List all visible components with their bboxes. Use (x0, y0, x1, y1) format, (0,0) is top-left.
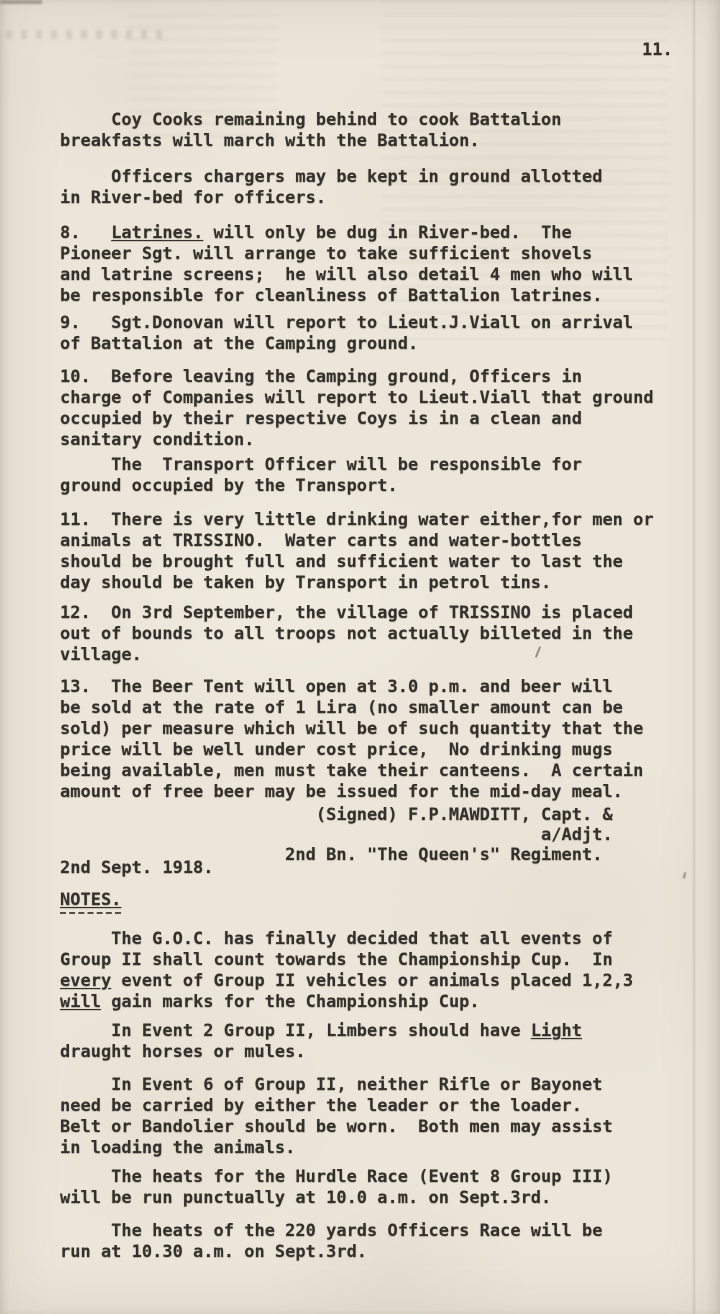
para-officers-chargers: Officers chargers may be kept in ground … (60, 167, 602, 209)
scanned-page: 11. Coy Cooks remaining behind to cook B… (0, 0, 720, 1314)
stray-ink-dot (682, 872, 687, 880)
paper-edge-shadow (706, 0, 720, 1314)
section-9-sgt-donovan: 9. Sgt.Donovan will report to Lieut.J.Vi… (60, 313, 633, 355)
para-coy-cooks: Coy Cooks remaining behind to cook Batta… (60, 110, 562, 152)
page-number: 11. (642, 40, 673, 61)
notes-heading: NOTES. (60, 890, 121, 914)
note-event-6-rifle-bayonet: In Event 6 of Group II, neither Rifle or… (60, 1075, 613, 1159)
section-10-ground-inspection: 10. Before leaving the Camping ground, O… (60, 367, 654, 451)
scan-edge-artifact (0, 0, 42, 4)
section-11-drinking-water: 11. There is very little drinking water … (60, 510, 654, 594)
note-event-2-limbers: In Event 2 Group II, Limbers should have… (60, 1021, 582, 1063)
note-hurdle-race-heats: The heats for the Hurdle Race (Event 8 G… (60, 1167, 613, 1209)
faint-ghost-marks (6, 30, 166, 39)
para-transport-officer: The Transport Officer will be responsibl… (60, 455, 582, 497)
note-championship-cup: The G.O.C. has finally decided that all … (60, 929, 633, 1013)
paper-crease (692, 0, 696, 1314)
section-12-out-of-bounds: 12. On 3rd September, the village of TRI… (60, 603, 633, 666)
signature-block: (Signed) F.P.MAWDITT, Capt. & a/Adjt. 2n… (60, 805, 613, 865)
note-officers-race-heats: The heats of the 220 yards Officers Race… (60, 1221, 602, 1263)
date-line: 2nd Sept. 1918. (60, 858, 214, 879)
section-8-latrines: 8. Latrines. will only be dug in River-b… (60, 223, 633, 307)
paper-edge-shadow (0, 0, 10, 1314)
section-13-beer-tent: 13. The Beer Tent will open at 3.0 p.m. … (60, 677, 643, 803)
